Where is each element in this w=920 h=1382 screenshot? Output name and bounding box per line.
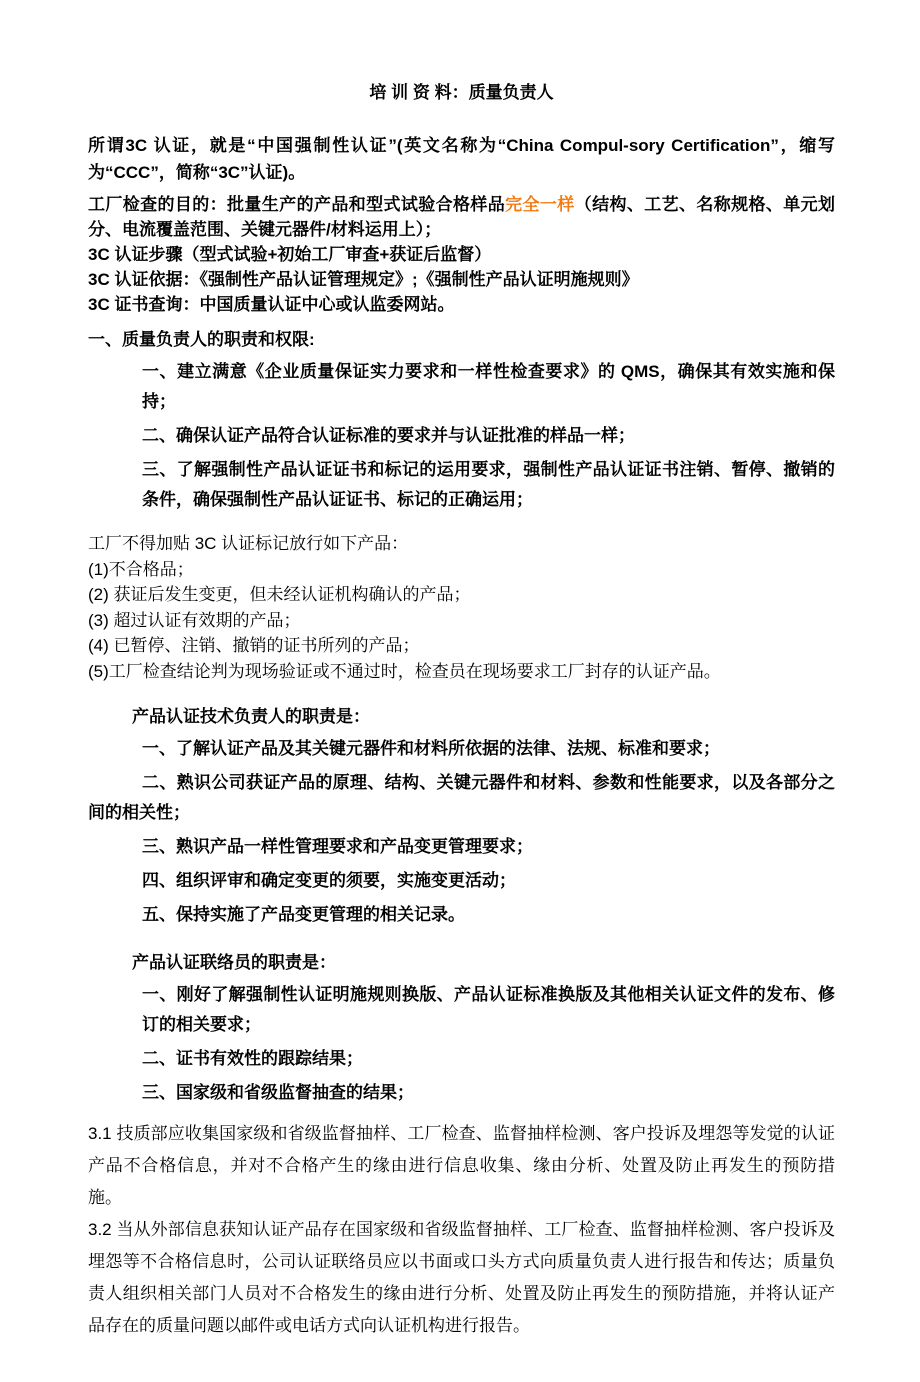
forbidden-item: (3) 超过认证有效期的产品； <box>88 608 835 634</box>
forbidden-item: (1)不合格品； <box>88 557 835 583</box>
procedure-3-1: 3.1 技质部应收集国家级和省级监督抽样、工厂检查、监督抽样检测、客户投诉及埋怨… <box>88 1118 835 1214</box>
tech-duty-item: 一、了解认证产品及其关键元器件和材料所依据的法律、法规、标准和要求； <box>142 734 835 764</box>
forbidden-item: (5)工厂检查结论判为现场验证或不通过时，检查员在现场要求工厂封存的认证产品。 <box>88 659 835 685</box>
quality-duty-item: 二、确保认证产品符合认证标准的要求并与认证批准的样品一样； <box>142 421 835 451</box>
document-page: 培 训 资 料：质量负责人 所谓3C 认证，就是“中国强制性认证”(英文名称为“… <box>0 0 920 1382</box>
paragraph-3c-basis: 3C 认证依据：《强制性产品认证管理规定》;《强制性产品认证明施规则》 <box>88 267 835 292</box>
paragraph-3c-steps: 3C 认证步骤（型式试验+初始工厂审查+获证后监督） <box>88 242 835 267</box>
tech-duty-item: 四、组织评审和确定变更的须要，实施变更活动； <box>142 866 835 896</box>
purpose-text-before: 工厂检查的目的：批量生产的产品和型式试验合格样品 <box>88 195 505 214</box>
paragraph-3c-query: 3C 证书查询：中国质量认证中心或认监委网站。 <box>88 292 835 317</box>
section-tech-manager: 产品认证技术负责人的职责是： 一、了解认证产品及其关键元器件和材料所依据的法律、… <box>88 704 835 930</box>
quality-duty-item: 一、建立满意《企业质量保证实力要求和一样性检查要求》的 QMS，确保其有效实施和… <box>142 357 835 417</box>
section-liaison-heading: 产品认证联络员的职责是： <box>132 950 835 976</box>
forbidden-heading: 工厂不得加贴 3C 认证标记放行如下产品： <box>88 531 835 557</box>
procedures-block: 3.1 技质部应收集国家级和省级监督抽样、工厂检查、监督抽样检测、客户投诉及埋怨… <box>88 1118 835 1342</box>
section-quality-manager: 一、质量负责人的职责和权限: 一、建立满意《企业质量保证实力要求和一样性检查要求… <box>88 327 835 515</box>
forbidden-products-block: 工厂不得加贴 3C 认证标记放行如下产品： (1)不合格品； (2) 获证后发生… <box>88 531 835 684</box>
tech-duty-item: 五、保持实施了产品变更管理的相关记录。 <box>142 900 835 930</box>
section-tech-heading: 产品认证技术负责人的职责是： <box>132 704 835 730</box>
quality-duty-item: 三、了解强制性产品认证证书和标记的运用要求，强制性产品认证证书注销、暂停、撤销的… <box>142 455 835 515</box>
procedure-3-2: 3.2 当从外部信息获知认证产品存在国家级和省级监督抽样、工厂检查、监督抽样检测… <box>88 1214 835 1342</box>
forbidden-item: (4) 已暂停、注销、撤销的证书所列的产品； <box>88 633 835 659</box>
section-liaison: 产品认证联络员的职责是： 一、刚好了解强制性认证明施规则换版、产品认证标准换版及… <box>88 950 835 1108</box>
intro-paragraph-3c-definition: 所谓3C 认证，就是“中国强制性认证”(英文名称为“China Compul-s… <box>88 132 835 186</box>
liaison-duty-item: 三、国家级和省级监督抽查的结果； <box>142 1078 835 1108</box>
highlight-exactly-same: 完全一样 <box>505 195 575 214</box>
liaison-duty-item: 一、刚好了解强制性认证明施规则换版、产品认证标准换版及其他相关认证文件的发布、修… <box>142 980 835 1040</box>
section-quality-heading: 一、质量负责人的职责和权限: <box>88 327 835 353</box>
tech-duty-item: 三、熟识产品一样性管理要求和产品变更管理要求； <box>142 832 835 862</box>
intro-block: 工厂检查的目的：批量生产的产品和型式试验合格样品完全一样（结构、工艺、名称规格、… <box>88 192 835 317</box>
liaison-duty-item: 二、证书有效性的跟踪结果； <box>142 1044 835 1074</box>
paragraph-factory-inspection-purpose: 工厂检查的目的：批量生产的产品和型式试验合格样品完全一样（结构、工艺、名称规格、… <box>88 192 835 242</box>
tech-duty-item: 二、熟识公司获证产品的原理、结构、关键元器件和材料、参数和性能要求，以及各部分之… <box>88 768 835 828</box>
document-title: 培 训 资 料：质量负责人 <box>88 82 835 104</box>
forbidden-item: (2) 获证后发生变更，但未经认证机构确认的产品； <box>88 582 835 608</box>
